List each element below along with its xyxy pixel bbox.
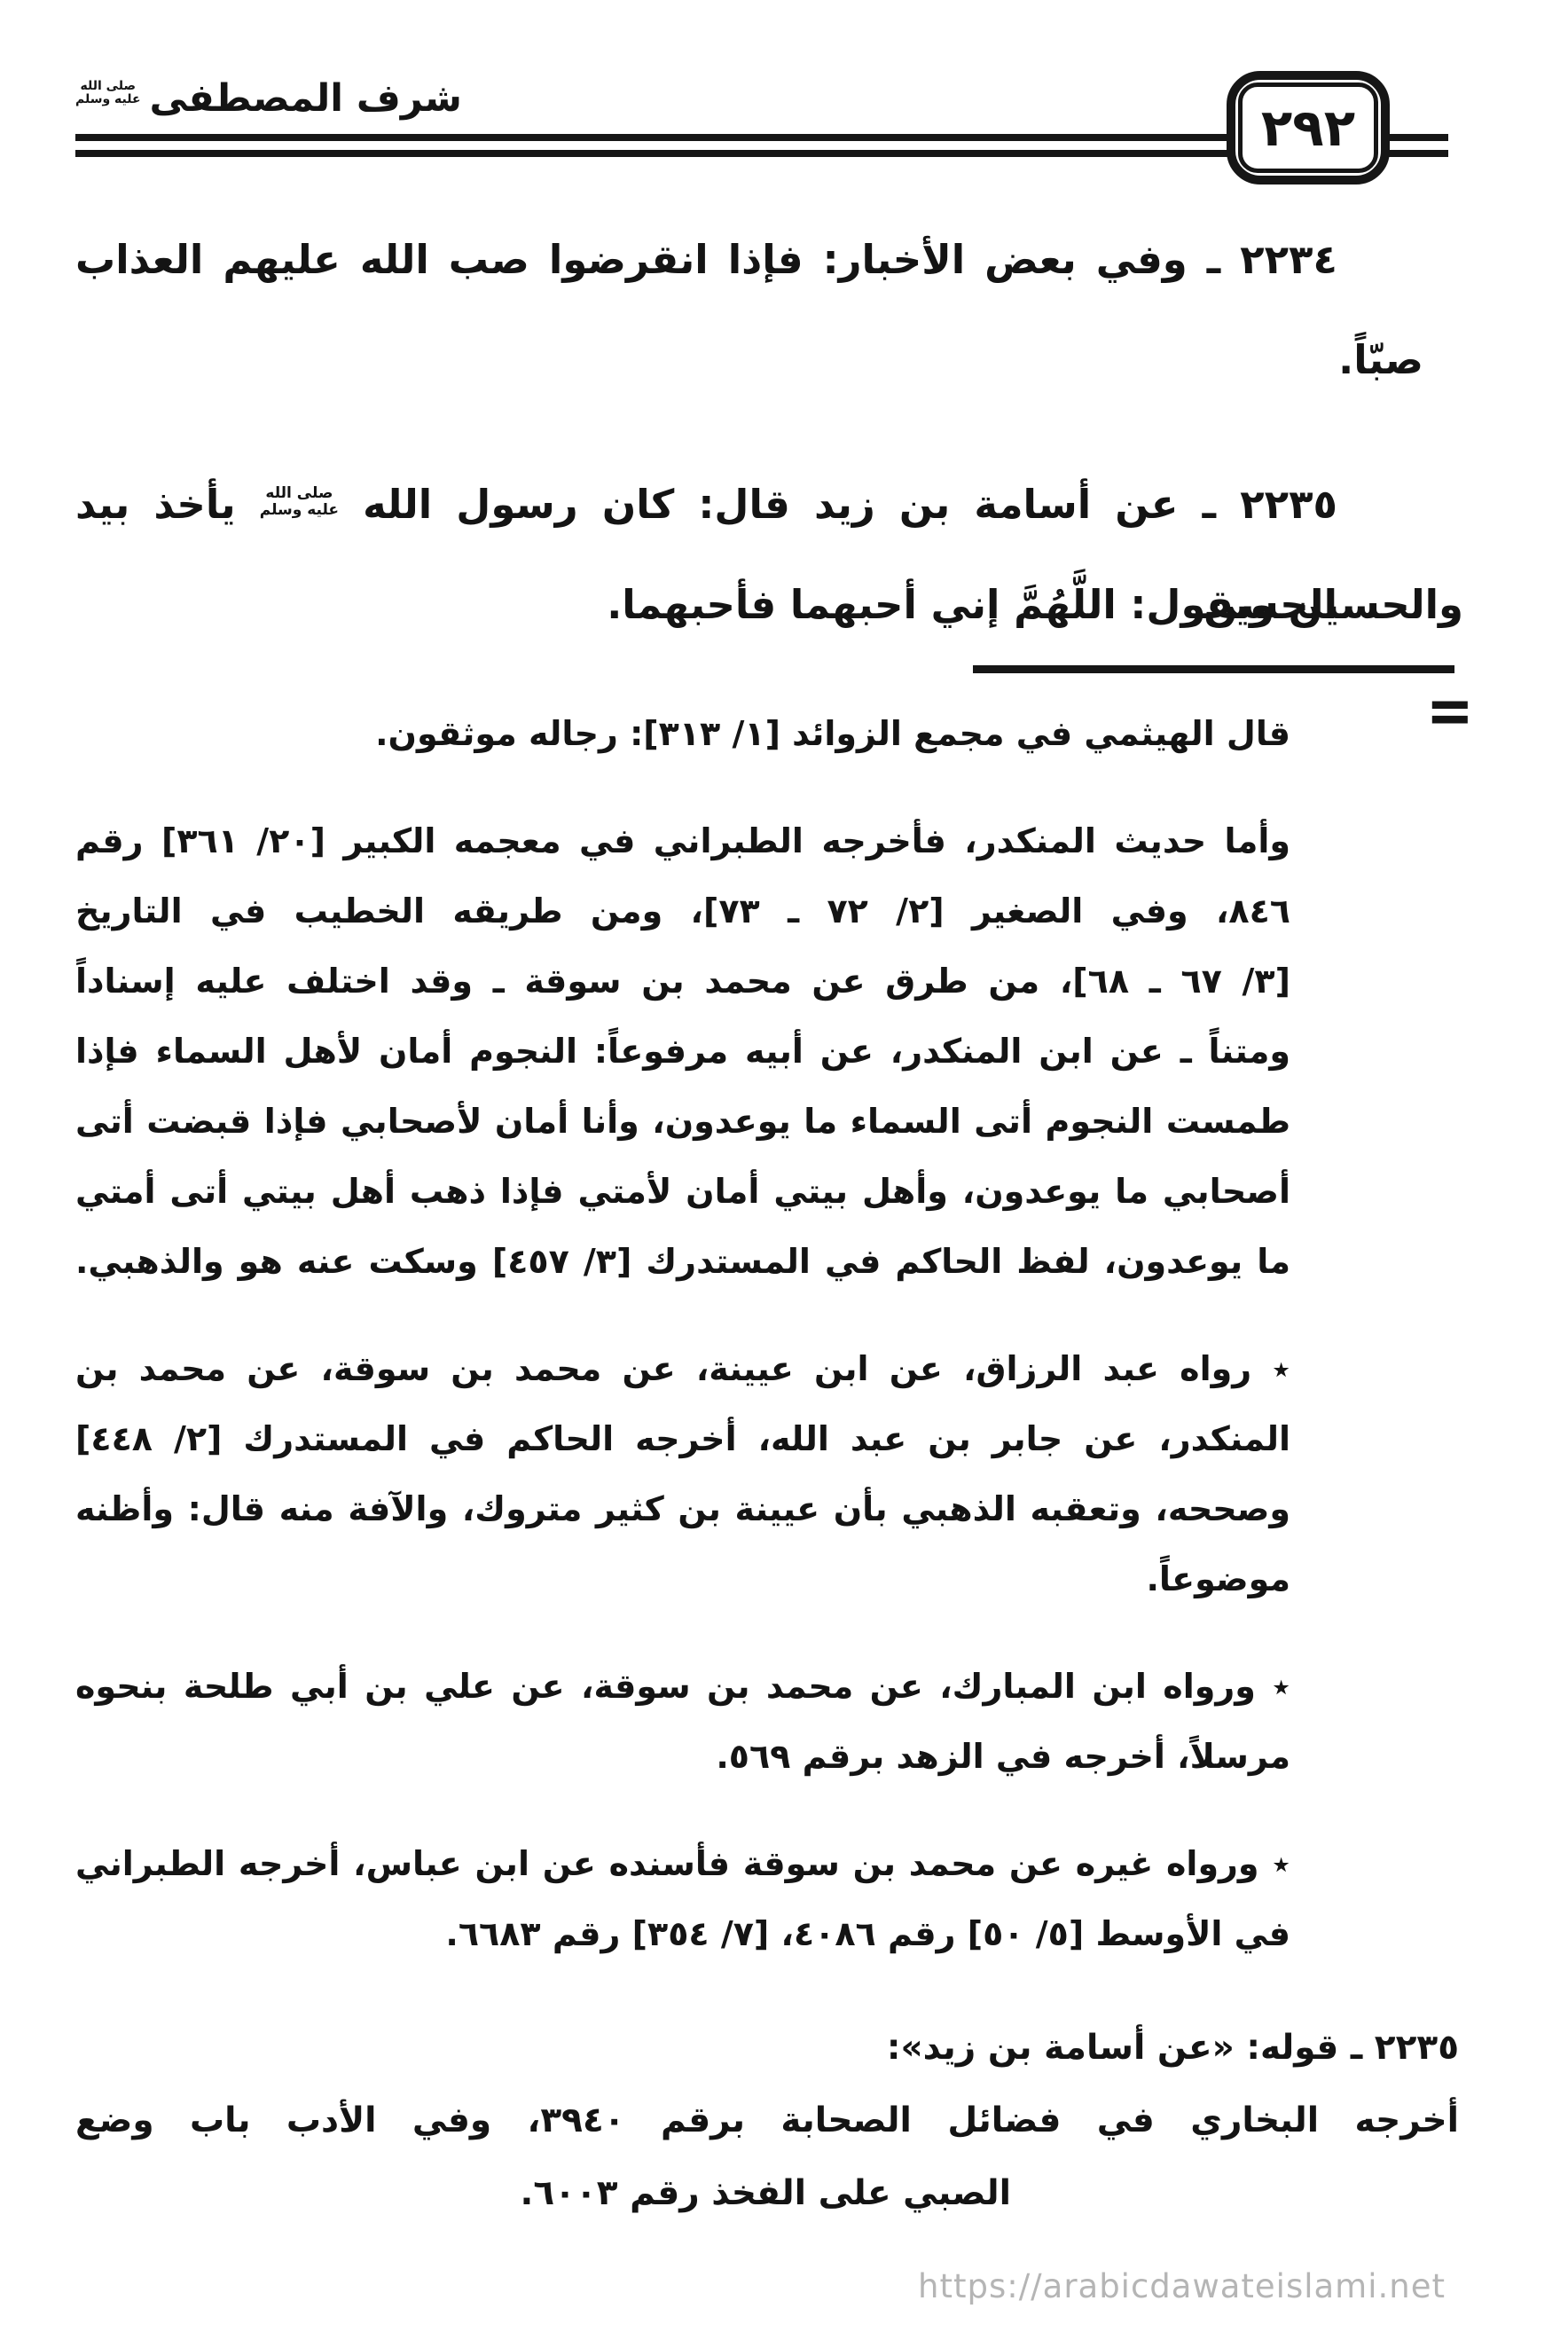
footnote-line: ٭ ورواه ابن المبارك، عن محمد بن سوقة، عن…	[75, 1652, 1290, 1722]
footnote-line: وصححه، وتعقبه الذهبي بأن عيينة بن كثير م…	[75, 1474, 1290, 1544]
page-header: شرف المصطفى صلى الله عليه وسلم	[75, 76, 462, 121]
sallallahu-alayhi-wasallam-icon: صلى الله عليه وسلم	[260, 485, 339, 519]
footnote-paragraph: قال الهيثمي في مجمع الزوائد [١/ ٣١٣]: رج…	[75, 699, 1290, 769]
footnote-line: طمست النجوم أتى السماء ما يوعدون، وأنا أ…	[75, 1087, 1290, 1157]
footnote-paragraph: ٭ ورواه غيره عن محمد بن سوقة فأسنده عن ا…	[75, 1829, 1290, 1969]
footnote-note-heading: ٢٢٣٥ ـ قوله: «عن أسامة بن زيد»:	[75, 2012, 1459, 2085]
footnote-line: ما يوعدون، لفظ الحاكم في المستدرك [٣/ ٤٥…	[75, 1227, 1290, 1297]
footnote-line: ومتناً ـ عن ابن المنكدر، عن أبيه مرفوعاً…	[75, 1017, 1290, 1087]
hadith-2235-paragraph: ٢٢٣٥ ـ عن أسامة بن زيد قال: كان رسول الل…	[75, 454, 1463, 655]
footnote-line: وأما حديث المنكدر، فأخرجه الطبراني في مع…	[75, 806, 1290, 876]
footnote-paragraph: وأما حديث المنكدر، فأخرجه الطبراني في مع…	[75, 806, 1290, 1297]
footnote-line: ٭ رواه عبد الرزاق، عن ابن عيينة، عن محمد…	[75, 1334, 1290, 1404]
footnote-line: في الأوسط [٥/ ٥٠] رقم ٤٠٨٦، [٧/ ٣٥٤] رقم…	[75, 1899, 1290, 1969]
hadith-text-segment: ٢٢٣٥ ـ عن أسامة بن زيد قال: كان رسول الل…	[363, 481, 1337, 528]
watermark-url: https://arabicdawateislami.net	[918, 2267, 1446, 2305]
hadith-line: والحسين ويقول: اللَّهُمَّ إني أحبهما فأح…	[75, 554, 1463, 655]
footnote-line: مرسلاً، أخرجه في الزهد برقم ٥٦٩.	[75, 1722, 1290, 1792]
page-number: ٢٩٢	[1238, 82, 1378, 173]
footnote-note-2235-block: ٢٢٣٥ ـ قوله: «عن أسامة بن زيد»: أخرجه ال…	[75, 2012, 1459, 2230]
page-number-badge: ٢٩٢	[1227, 71, 1390, 185]
hadith-line: ٢٢٣٤ ـ وفي بعض الأخبار: فإذا انقرضوا صب …	[75, 209, 1463, 310]
footnote-paragraph: ٭ رواه عبد الرزاق، عن ابن عيينة، عن محمد…	[75, 1334, 1290, 1614]
footnote-line: الصبي على الفخذ رقم ٦٠٠٣.	[75, 2157, 1459, 2230]
footnote-line: ٨٤٦، وفي الصغير [٢/ ٧٢ ـ ٧٣]، ومن طريقه …	[75, 876, 1290, 946]
footnote-continuation-mark: =	[1426, 679, 1474, 744]
hadith-line: صبّاً.	[75, 310, 1463, 410]
scanned-book-page: شرف المصطفى صلى الله عليه وسلم ٢٩٢ ٢٢٣٤ …	[0, 0, 1568, 2340]
footnote-continuation-block: قال الهيثمي في مجمع الزوائد [١/ ٣١٣]: رج…	[75, 699, 1290, 1969]
book-title: شرف المصطفى	[150, 76, 462, 121]
sallallahu-alayhi-wasallam-icon: صلى الله عليه وسلم	[75, 80, 141, 106]
footnote-paragraph: ٭ ورواه ابن المبارك، عن محمد بن سوقة، عن…	[75, 1652, 1290, 1792]
hadith-2234-paragraph: ٢٢٣٤ ـ وفي بعض الأخبار: فإذا انقرضوا صب …	[75, 209, 1463, 410]
footnote-line: أخرجه البخاري في فضائل الصحابة برقم ٣٩٤٠…	[75, 2085, 1459, 2157]
footnote-line: المنكدر، عن جابر بن عبد الله، أخرجه الحا…	[75, 1404, 1290, 1474]
footnote-line: أصحابي ما يوعدون، وأهل بيتي أمان لأمتي ف…	[75, 1157, 1290, 1227]
hadith-line: ٢٢٣٥ ـ عن أسامة بن زيد قال: كان رسول الل…	[75, 454, 1463, 554]
footnote-line: [٣/ ٦٧ ـ ٦٨]، من طرق عن محمد بن سوقة ـ و…	[75, 946, 1290, 1017]
main-text-block: ٢٢٣٤ ـ وفي بعض الأخبار: فإذا انقرضوا صب …	[75, 209, 1463, 655]
footnote-line: موضوعاً.	[75, 1544, 1290, 1614]
footnote-line: قال الهيثمي في مجمع الزوائد [١/ ٣١٣]: رج…	[75, 699, 1290, 769]
footnote-line: ٭ ورواه غيره عن محمد بن سوقة فأسنده عن ا…	[75, 1829, 1290, 1899]
footnote-separator	[973, 665, 1454, 673]
